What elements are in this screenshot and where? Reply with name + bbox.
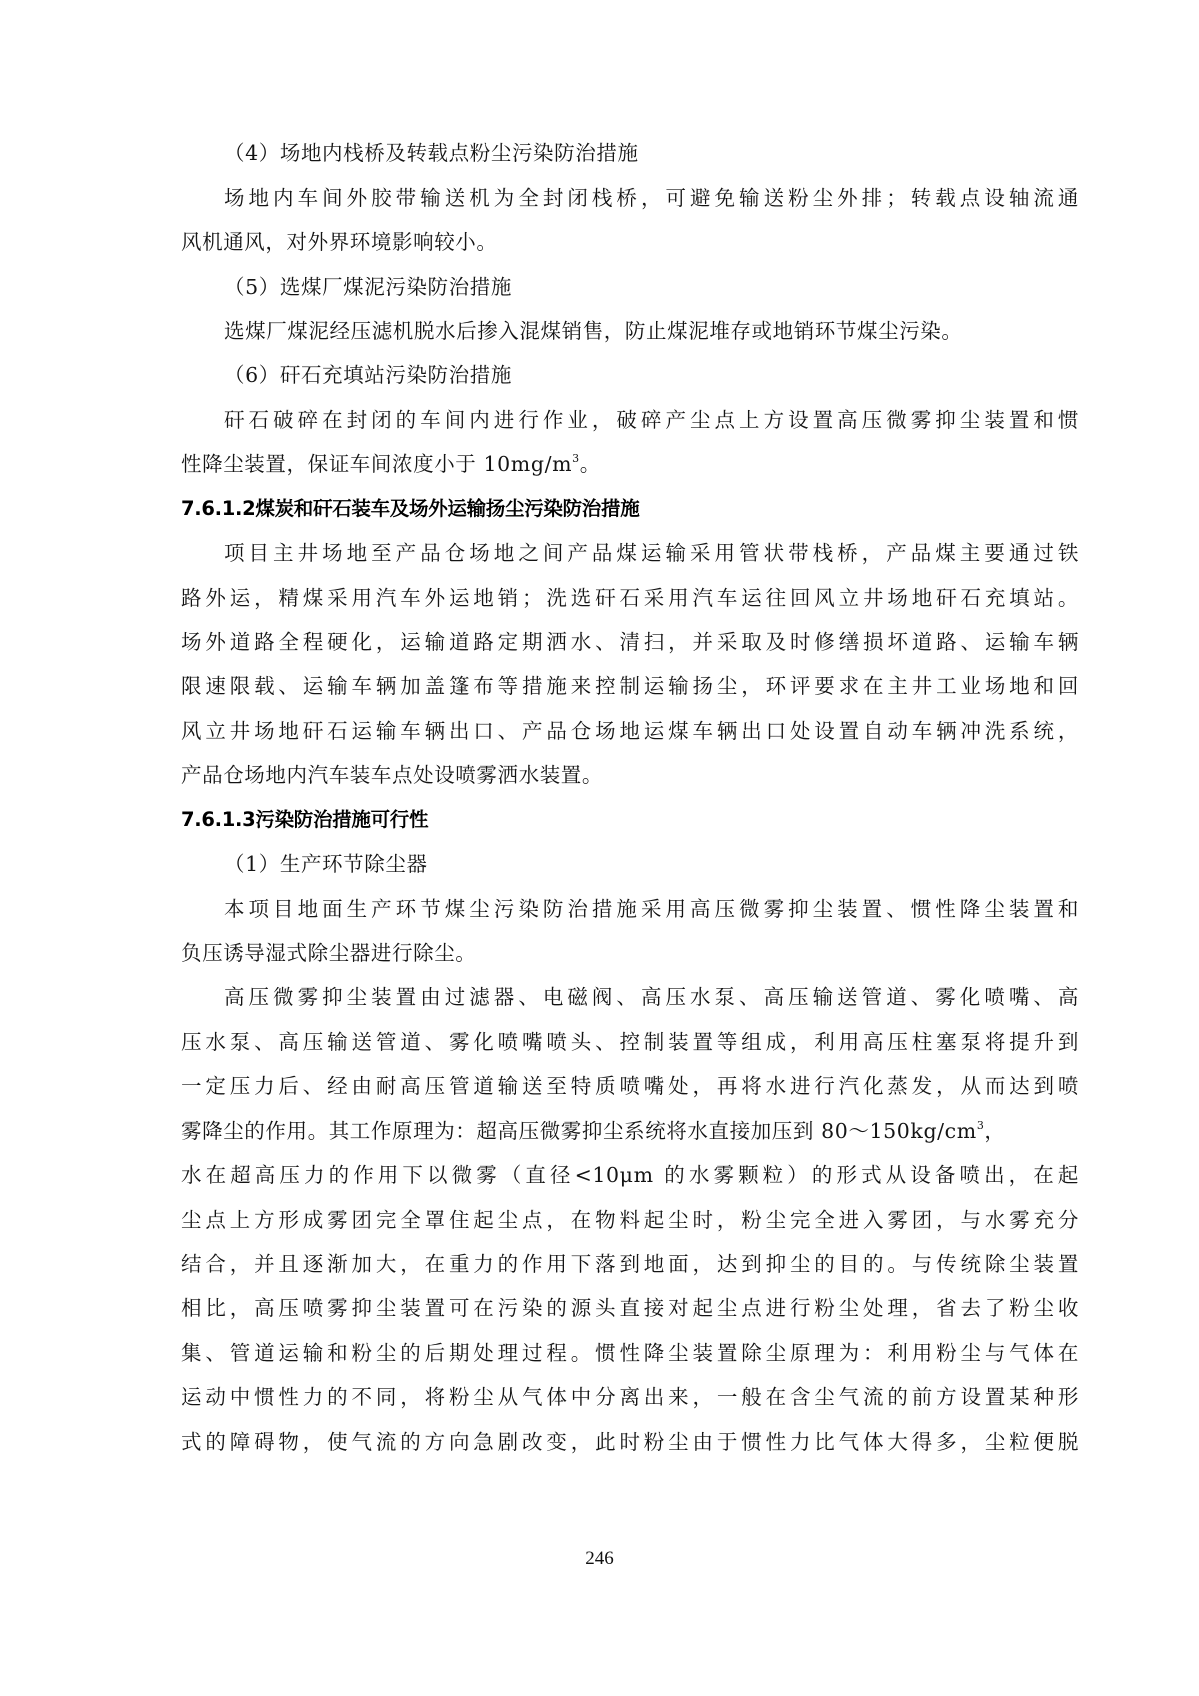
paragraph-line: 风立井场地矸石运输车辆出口、产品仓场地运煤车辆出口处设置自动车辆冲洗系统， bbox=[181, 717, 1079, 745]
section-heading-7-6-1-2: 7.6.1.2煤炭和矸石装车及场外运输扬尘污染防治措施 bbox=[181, 495, 639, 523]
paragraph-line: 水在超高压力的作用下以微雾（直径<10μm 的水雾颗粒）的形式从设备喷出，在起 bbox=[181, 1161, 1079, 1189]
paragraph-line: 相比，高压喷雾抑尘装置可在污染的源头直接对起尘点进行粉尘处理，省去了粉尘收 bbox=[181, 1294, 1079, 1322]
paragraph-line: 结合，并且逐渐加大，在重力的作用下落到地面，达到抑尘的目的。与传统除尘装置 bbox=[181, 1250, 1079, 1278]
paragraph-line: 高压微雾抑尘装置由过滤器、电磁阀、高压水泵、高压输送管道、雾化喷嘴、高 bbox=[224, 983, 1079, 1011]
paragraph-line: 负压诱导湿式除尘器进行除尘。 bbox=[181, 939, 476, 967]
punctuation: 。 bbox=[580, 452, 601, 476]
paragraph-line: 限速限载、运输车辆加盖篷布等措施来控制运输扬尘，环评要求在主井工业场地和回 bbox=[181, 672, 1079, 700]
paragraph-line: 场地内车间外胶带输送机为全封闭栈桥，可避免输送粉尘外排；转载点设轴流通 bbox=[224, 184, 1079, 212]
paragraph-line: 运动中惯性力的不同，将粉尘从气体中分离出来，一般在含尘气流的前方设置某种形 bbox=[181, 1383, 1079, 1411]
paragraph-line: 尘点上方形成雾团完全罩住起尘点，在物料起尘时，粉尘完全进入雾团，与水雾充分 bbox=[181, 1206, 1079, 1234]
section-heading-7-6-1-3: 7.6.1.3污染防治措施可行性 bbox=[181, 806, 428, 834]
subheading-4: （4）场地内栈桥及转载点粉尘污染防治措施 bbox=[224, 139, 639, 167]
paragraph-line: 风机通风，对外界环境影响较小。 bbox=[181, 228, 498, 256]
paragraph-line: 集、管道运输和粉尘的后期处理过程。惯性降尘装置除尘原理为：利用粉尘与气体在 bbox=[181, 1339, 1079, 1367]
paragraph-line: 一定压力后、经由耐高压管道输送至特质喷嘴处，再将水进行汽化蒸发，从而达到喷 bbox=[181, 1072, 1079, 1100]
paragraph-line: 选煤厂煤泥经压滤机脱水后掺入混煤销售，防止煤泥堆存或地销环节煤尘污染。 bbox=[224, 317, 963, 345]
superscript: 3 bbox=[572, 452, 580, 465]
subheading-5: （5）选煤厂煤泥污染防治措施 bbox=[224, 273, 512, 301]
pressure-text: 雾降尘的作用。其工作原理为：超高压微雾抑尘系统将水直接加压到 80～150kg/… bbox=[181, 1119, 977, 1143]
concentration-text: 性降尘装置，保证车间浓度小于 10mg/m bbox=[181, 452, 572, 476]
paragraph-line: 项目主井场地至产品仓场地之间产品煤运输采用管状带栈桥，产品煤主要通过铁 bbox=[224, 539, 1079, 567]
paragraph-line: 式的障碍物，使气流的方向急剧改变，此时粉尘由于惯性力比气体大得多，尘粒便脱 bbox=[181, 1428, 1079, 1456]
paragraph-line: 场外道路全程硬化，运输道路定期洒水、清扫，并采取及时修缮损坏道路、运输车辆 bbox=[181, 628, 1079, 656]
paragraph-line: 本项目地面生产环节煤尘污染防治措施采用高压微雾抑尘装置、惯性降尘装置和 bbox=[224, 895, 1079, 923]
subheading-6: （6）矸石充填站污染防治措施 bbox=[224, 361, 512, 389]
page-number: 246 bbox=[0, 1548, 1199, 1570]
document-page: （4）场地内栈桥及转载点粉尘污染防治措施 场地内车间外胶带输送机为全封闭栈桥，可… bbox=[0, 0, 1199, 1696]
paragraph-line: 矸石破碎在封闭的车间内进行作业，破碎产尘点上方设置高压微雾抑尘装置和惯 bbox=[224, 406, 1079, 434]
paragraph-line: 雾降尘的作用。其工作原理为：超高压微雾抑尘系统将水直接加压到 80～150kg/… bbox=[181, 1117, 1006, 1145]
paragraph-line: 路外运，精煤采用汽车外运地销；洗选矸石采用汽车运往回风立井场地矸石充填站。 bbox=[181, 584, 1079, 612]
paragraph-line: 压水泵、高压输送管道、雾化喷嘴喷头、控制装置等组成，利用高压柱塞泵将提升到 bbox=[181, 1028, 1079, 1056]
subheading-1: （1）生产环节除尘器 bbox=[224, 850, 428, 878]
paragraph-line: 产品仓场地内汽车装车点处设喷雾洒水装置。 bbox=[181, 761, 603, 789]
paragraph-line: 性降尘装置，保证车间浓度小于 10mg/m3。 bbox=[181, 450, 601, 478]
punctuation: ， bbox=[984, 1119, 1005, 1143]
